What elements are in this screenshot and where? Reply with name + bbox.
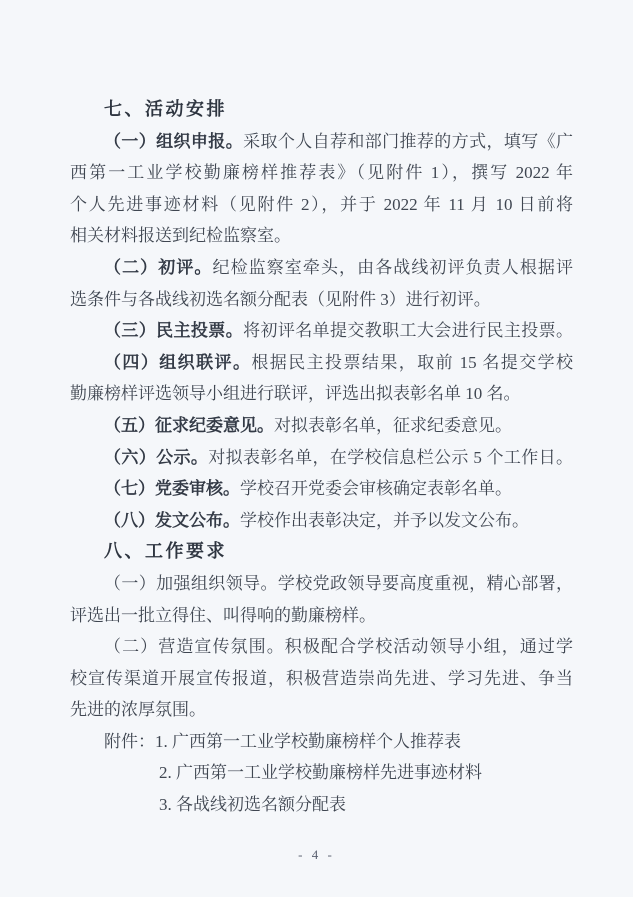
paragraph-line: （三）民主投票。将初评名单提交教职工大会进行民主投票。 [70,315,573,347]
item-title-bold: （三）民主投票。 [104,321,243,340]
paragraph-line: （五）征求纪委意见。对拟表彰名单，征求纪委意见。 [70,410,573,442]
paragraph-line: 西第一工业学校勤廉榜样推荐表》（见附件 1），撰写 2022 年 [70,157,573,189]
paragraph-line: 选条件与各战线初选名额分配表（见附件 3）进行初评。 [70,284,573,316]
line-text: 纪检监察室牵头，由各战线初评负责人根据评 [212,258,573,277]
paragraph-line: 个人先进事迹材料（见附件 2），并于 2022 年 11 月 10 日前将 [70,189,573,221]
paragraph-line: （一）加强组织领导。学校党政领导要高度重视，精心部署， [70,568,573,600]
paragraph-line: （二）初评。纪检监察室牵头，由各战线初评负责人根据评 [70,252,573,284]
item-title-bold: （六）公示。 [104,448,208,467]
paragraph-line: （七）党委审核。学校召开党委会审核确定表彰名单。 [70,473,573,505]
item-title-bold: （二）初评。 [104,258,212,277]
paragraph-line: 勤廉榜样评选领导小组进行联评，评选出拟表彰名单 10 名。 [70,378,573,410]
item-title-bold: （八）发文公布。 [104,511,240,530]
page-number: - 4 - [0,843,633,867]
section-heading: 七、活动安排 [70,94,573,126]
paragraph-line: （二）营造宣传氛围。积极配合学校活动领导小组，通过学 [70,631,573,663]
attachment-line: 3. 各战线初选名额分配表 [70,789,573,821]
paragraph-line: 相关材料报送到纪检监察室。 [70,220,573,252]
document-page: 七、活动安排 （一）组织申报。采取个人自荐和部门推荐的方式，填写《广 西第一工业… [0,0,633,897]
line-text: 采取个人自荐和部门推荐的方式，填写《广 [243,132,573,151]
item-title-bold: （五）征求纪委意见。 [104,416,274,435]
item-title-bold: （一）组织申报。 [104,132,243,151]
item-title-bold: （四）组织联评。 [104,353,251,372]
section-heading: 八、工作要求 [70,536,573,568]
line-text: 将初评名单提交教职工大会进行民主投票。 [243,321,573,340]
item-title-bold: （七）党委审核。 [104,479,240,498]
paragraph-line: （六）公示。对拟表彰名单，在学校信息栏公示 5 个工作日。 [70,442,573,474]
paragraph-line: 校宣传渠道开展宣传报道，积极营造崇尚先进、学习先进、争当 [70,663,573,695]
paragraph-line: 先进的浓厚氛围。 [70,694,573,726]
line-text: 学校召开党委会审核确定表彰名单。 [240,479,512,498]
paragraph-line: 评选出一批立得住、叫得响的勤廉榜样。 [70,600,573,632]
line-text: 根据民主投票结果，取前 15 名提交学校 [251,353,573,372]
attachment-line: 附件：1. 广西第一工业学校勤廉榜样个人推荐表 [70,726,573,758]
document-body: 七、活动安排 （一）组织申报。采取个人自荐和部门推荐的方式，填写《广 西第一工业… [70,94,573,821]
paragraph-line: （四）组织联评。根据民主投票结果，取前 15 名提交学校 [70,347,573,379]
paragraph-line: （一）组织申报。采取个人自荐和部门推荐的方式，填写《广 [70,126,573,158]
attachment-line: 2. 广西第一工业学校勤廉榜样先进事迹材料 [70,757,573,789]
line-text: 对拟表彰名单，在学校信息栏公示 5 个工作日。 [208,448,573,467]
paragraph-line: （八）发文公布。学校作出表彰决定，并予以发文公布。 [70,505,573,537]
line-text: 对拟表彰名单，征求纪委意见。 [274,416,512,435]
line-text: 学校作出表彰决定，并予以发文公布。 [240,511,529,530]
